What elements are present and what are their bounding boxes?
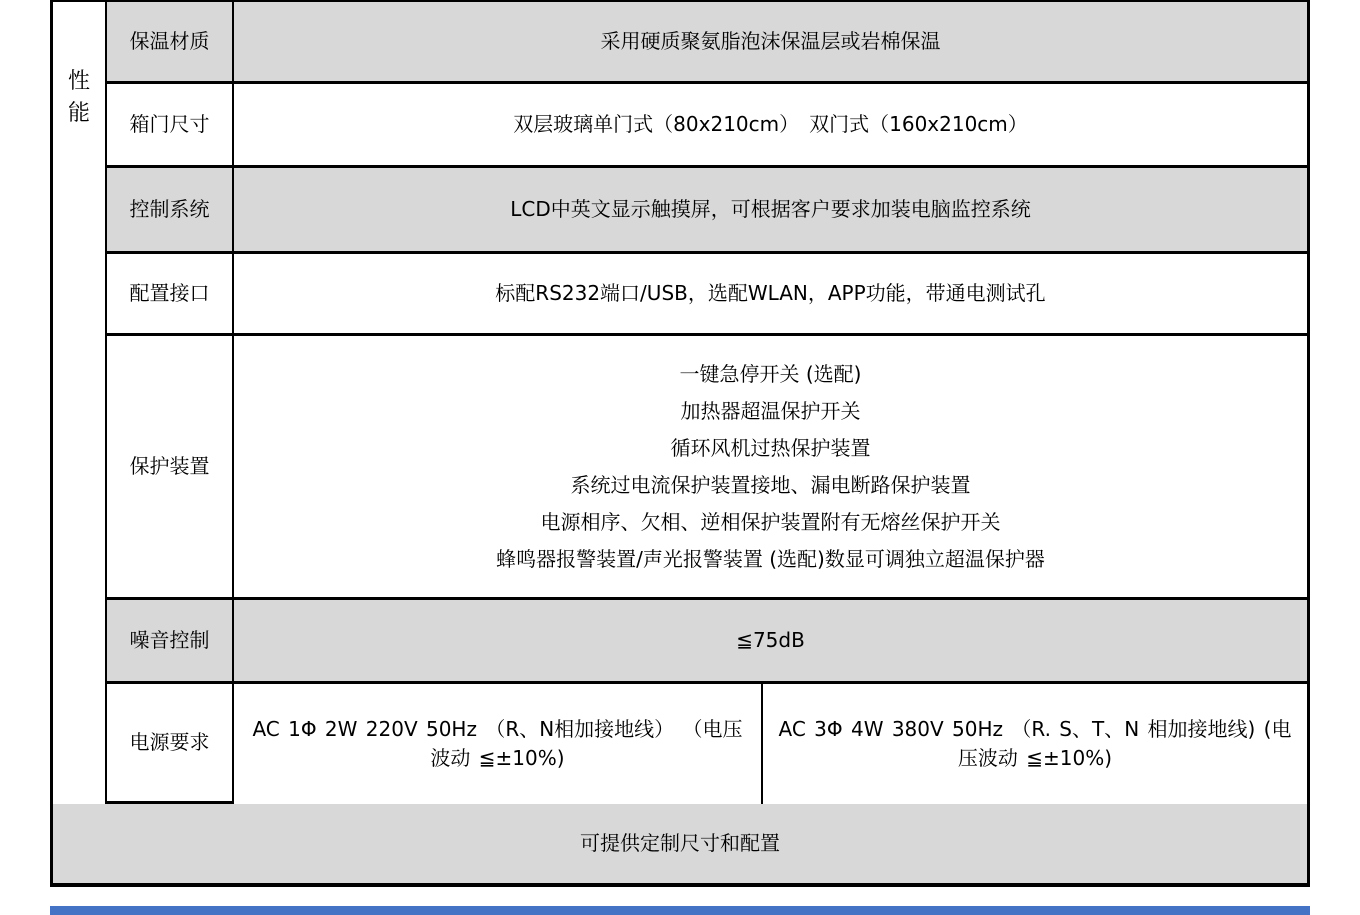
row-value-noise-control: ≦75dB [234, 600, 1307, 684]
specification-table: 性能 保温材质 采用硬质聚氨脂泡沫保温层或岩棉保温 箱门尺寸 双层玻璃单门式（8… [50, 0, 1310, 887]
row-value-insulation-material: 采用硬质聚氨脂泡沫保温层或岩棉保温 [234, 2, 1307, 84]
row-label-noise-control: 噪音控制 [107, 600, 234, 684]
bottom-accent-bar [50, 906, 1310, 915]
protection-line: 电源相序、欠相、逆相保护装置附有无熔丝保护开关 [496, 504, 1045, 541]
protection-line: 一键急停开关 (选配) [496, 356, 1045, 393]
protection-line: 蜂鸣器报警装置/声光报警装置 (选配)数显可调独立超温保护器 [496, 541, 1045, 578]
performance-category-cell: 性能 [53, 2, 107, 804]
power-requirement-three-phase-cell: AC 3Φ 4W 380V 50Hz （R. S、T、N 相加接地线) (电压波… [763, 684, 1307, 804]
row-label-insulation-material: 保温材质 [107, 2, 234, 84]
row-label-interfaces: 配置接口 [107, 254, 234, 336]
row-value-protection-devices: 一键急停开关 (选配) 加热器超温保护开关 循环风机过热保护装置 系统过电流保护… [234, 336, 1307, 600]
protection-line: 循环风机过热保护装置 [496, 430, 1045, 467]
row-label-power-requirements: 电源要求 [107, 684, 234, 804]
performance-category-label: 性能 [67, 66, 90, 130]
row-label-control-system: 控制系统 [107, 168, 234, 254]
protection-device-list: 一键急停开关 (选配) 加热器超温保护开关 循环风机过热保护装置 系统过电流保护… [496, 356, 1045, 578]
footer-custom-note-cell: 可提供定制尺寸和配置 [53, 804, 1307, 883]
power-requirement-single-phase-cell: AC 1Φ 2W 220V 50Hz （R、N相加接地线） （电压波动 ≦±10… [234, 684, 763, 804]
row-label-protection-devices: 保护装置 [107, 336, 234, 600]
row-value-control-system: LCD中英文显示触摸屏，可根据客户要求加装电脑监控系统 [234, 168, 1307, 254]
row-value-door-size: 双层玻璃单门式（80x210cm） 双门式（160x210cm） [234, 84, 1307, 168]
protection-line: 系统过电流保护装置接地、漏电断路保护装置 [496, 467, 1045, 504]
row-value-interfaces: 标配RS232端口/USB，选配WLAN，APP功能，带通电测试孔 [234, 254, 1307, 336]
protection-line: 加热器超温保护开关 [496, 393, 1045, 430]
row-label-door-size: 箱门尺寸 [107, 84, 234, 168]
